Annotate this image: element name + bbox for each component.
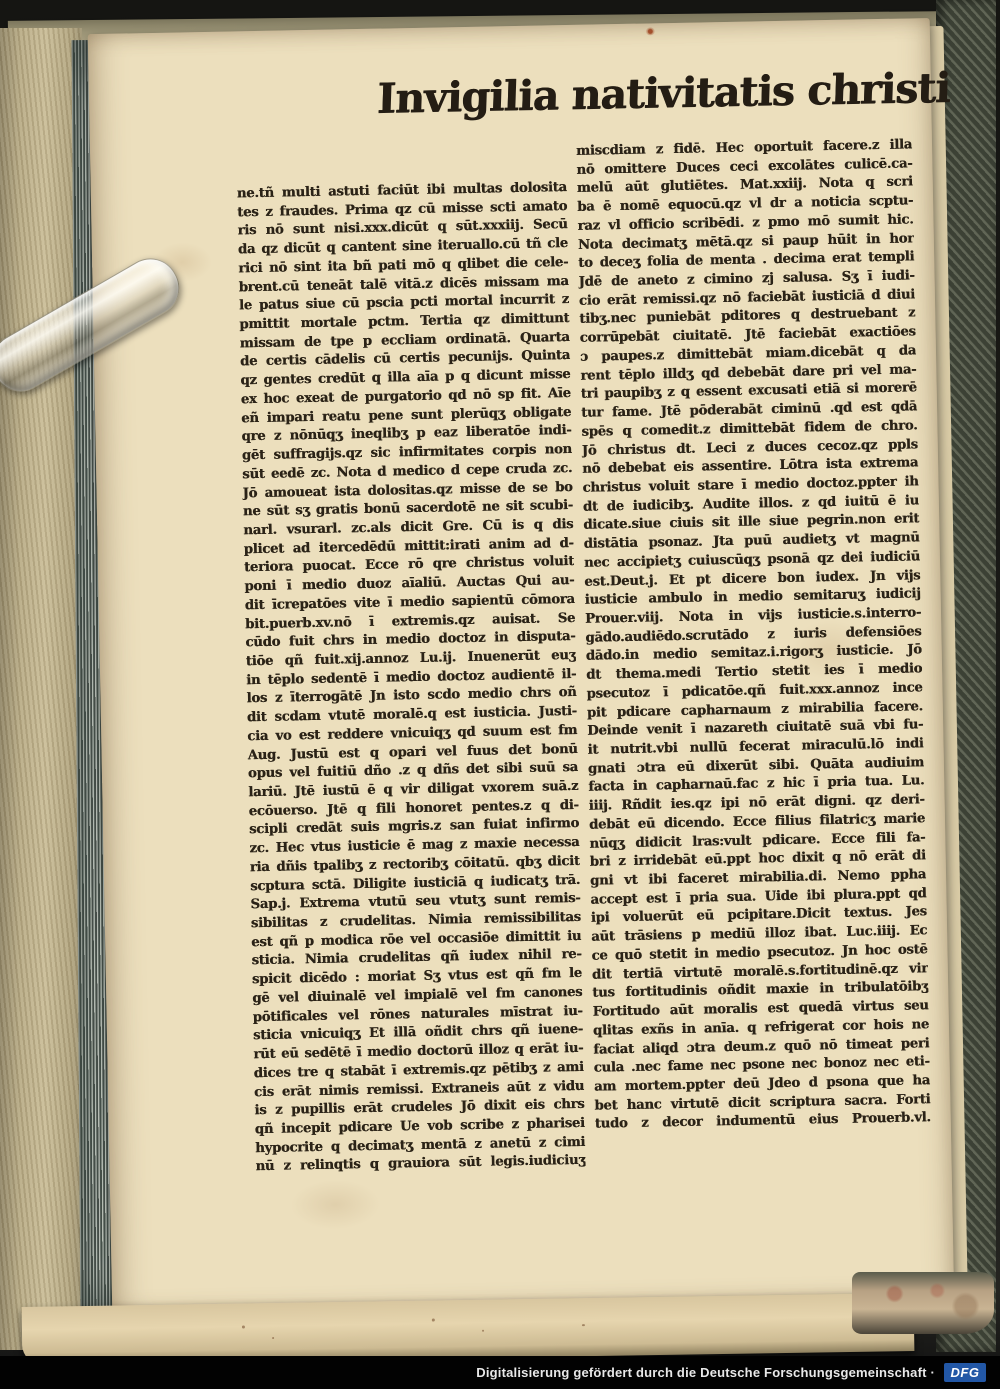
book-page: Invigilia nativitatis christi ne.tñ mult… [88, 18, 954, 1318]
vellum-cover-edge [0, 28, 82, 1350]
page-title: Invigilia nativitatis christi [376, 66, 848, 123]
speck [432, 1319, 435, 1322]
worn-corner-patch [852, 1272, 994, 1334]
text-column-left: ne.tñ multi astuti faciūt ibi multas dol… [237, 179, 586, 1177]
text-column-right: miscdiam z fidē. Hec oportuit facere.z i… [576, 136, 931, 1134]
speck [272, 1337, 274, 1339]
dfg-logo: DFG [944, 1363, 986, 1382]
ink-spot [646, 27, 655, 35]
digitization-credit-text: Digitalisierung gefördert durch die Deut… [476, 1365, 935, 1380]
scan-background: Invigilia nativitatis christi ne.tñ mult… [0, 0, 1000, 1389]
speck [482, 1330, 484, 1332]
fox-stain [290, 1179, 381, 1231]
speck [242, 1326, 245, 1329]
speck [582, 1324, 585, 1326]
footer-credit-bar: Digitalisierung gefördert durch die Deut… [0, 1356, 1000, 1389]
